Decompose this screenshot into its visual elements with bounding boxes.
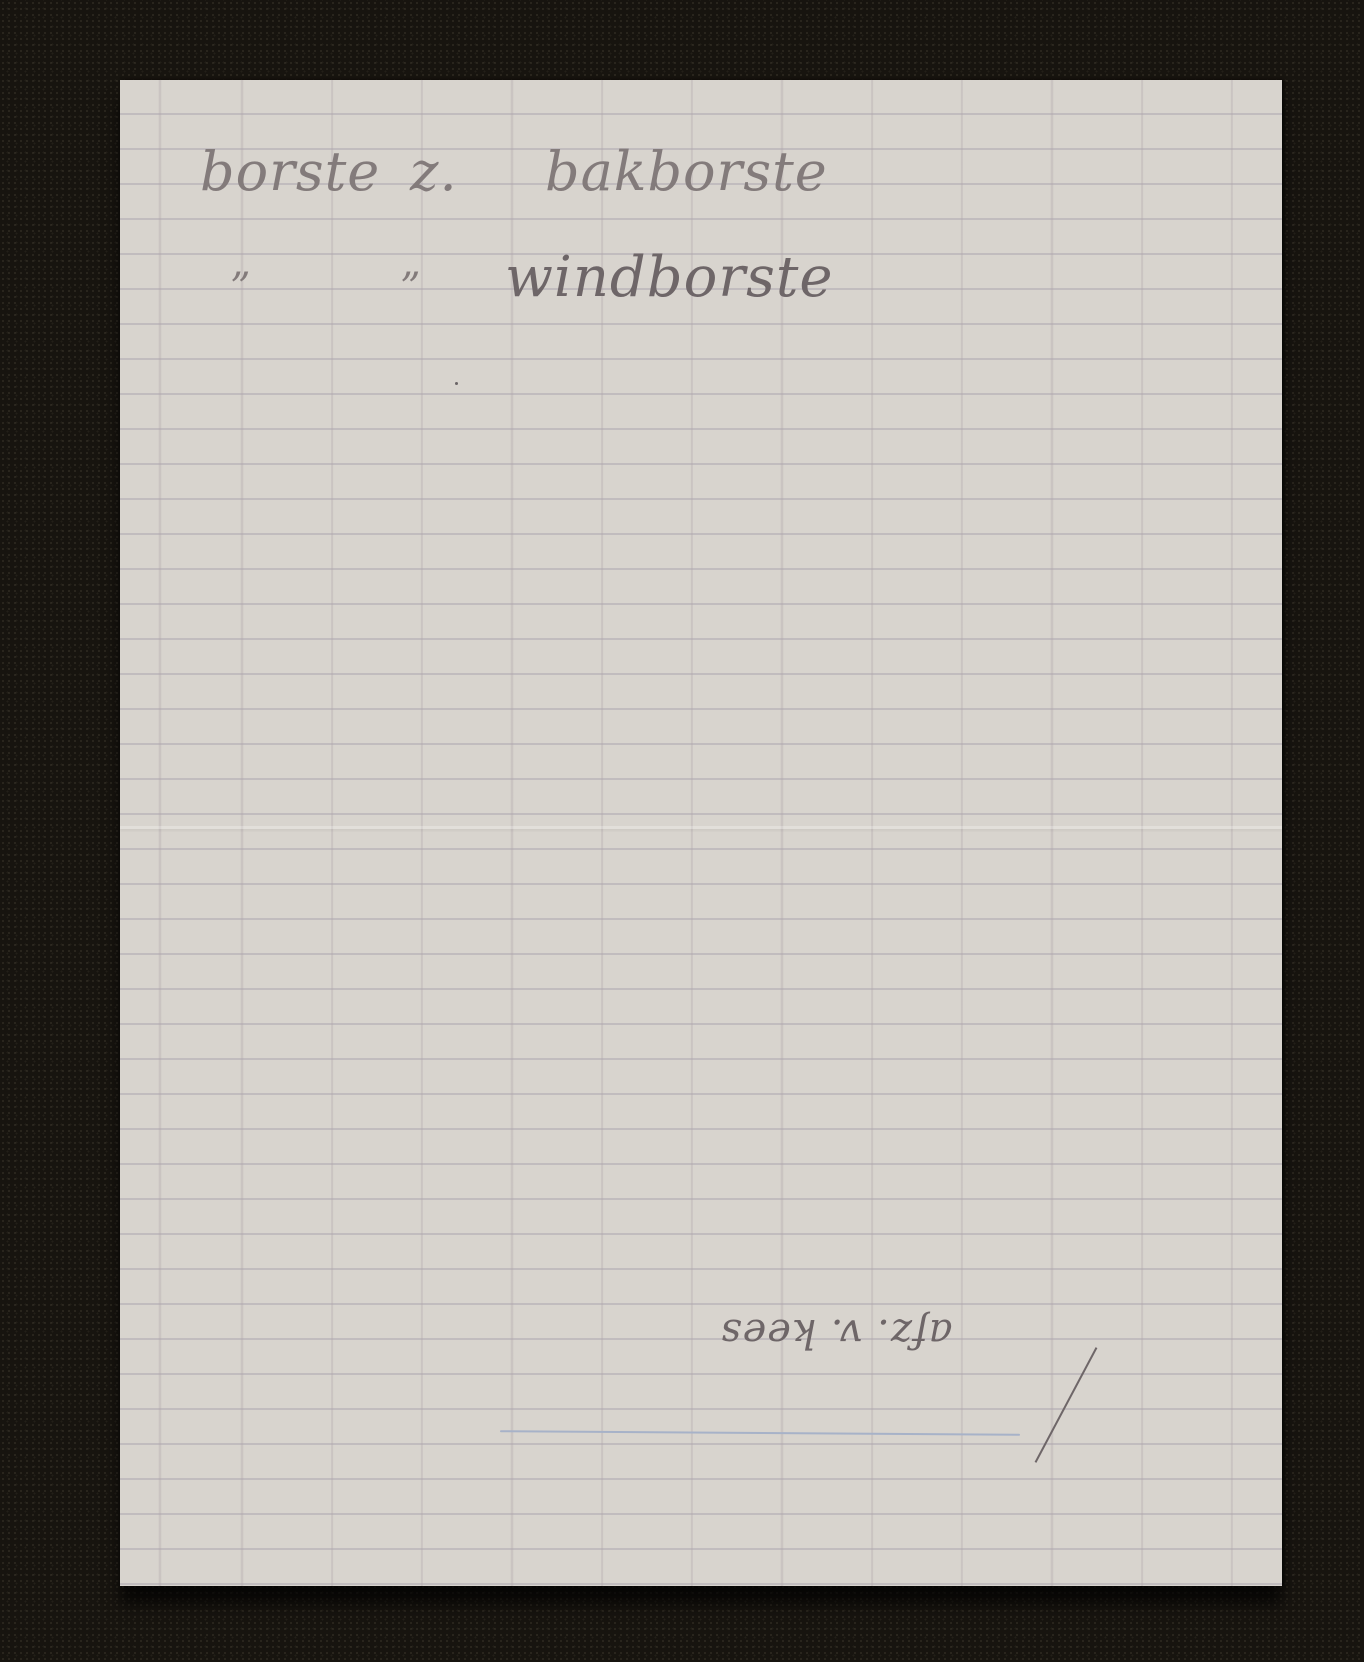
handwriting-windborste: windborste: [505, 245, 833, 310]
ditto-mark-1: ”: [230, 265, 251, 311]
handwriting-bakborste: bakborste: [545, 140, 828, 203]
upside-down-signature: afz. v. kees: [720, 1310, 953, 1356]
paper-sheet: borste z. bakborste ” ” windborste afz. …: [120, 80, 1282, 1586]
ditto-mark-2: ”: [400, 265, 421, 311]
paper-fold-crease: [120, 826, 1282, 829]
handwriting-z: z.: [410, 140, 458, 203]
ink-dot: [455, 382, 458, 385]
handwriting-borste: borste: [200, 140, 380, 203]
